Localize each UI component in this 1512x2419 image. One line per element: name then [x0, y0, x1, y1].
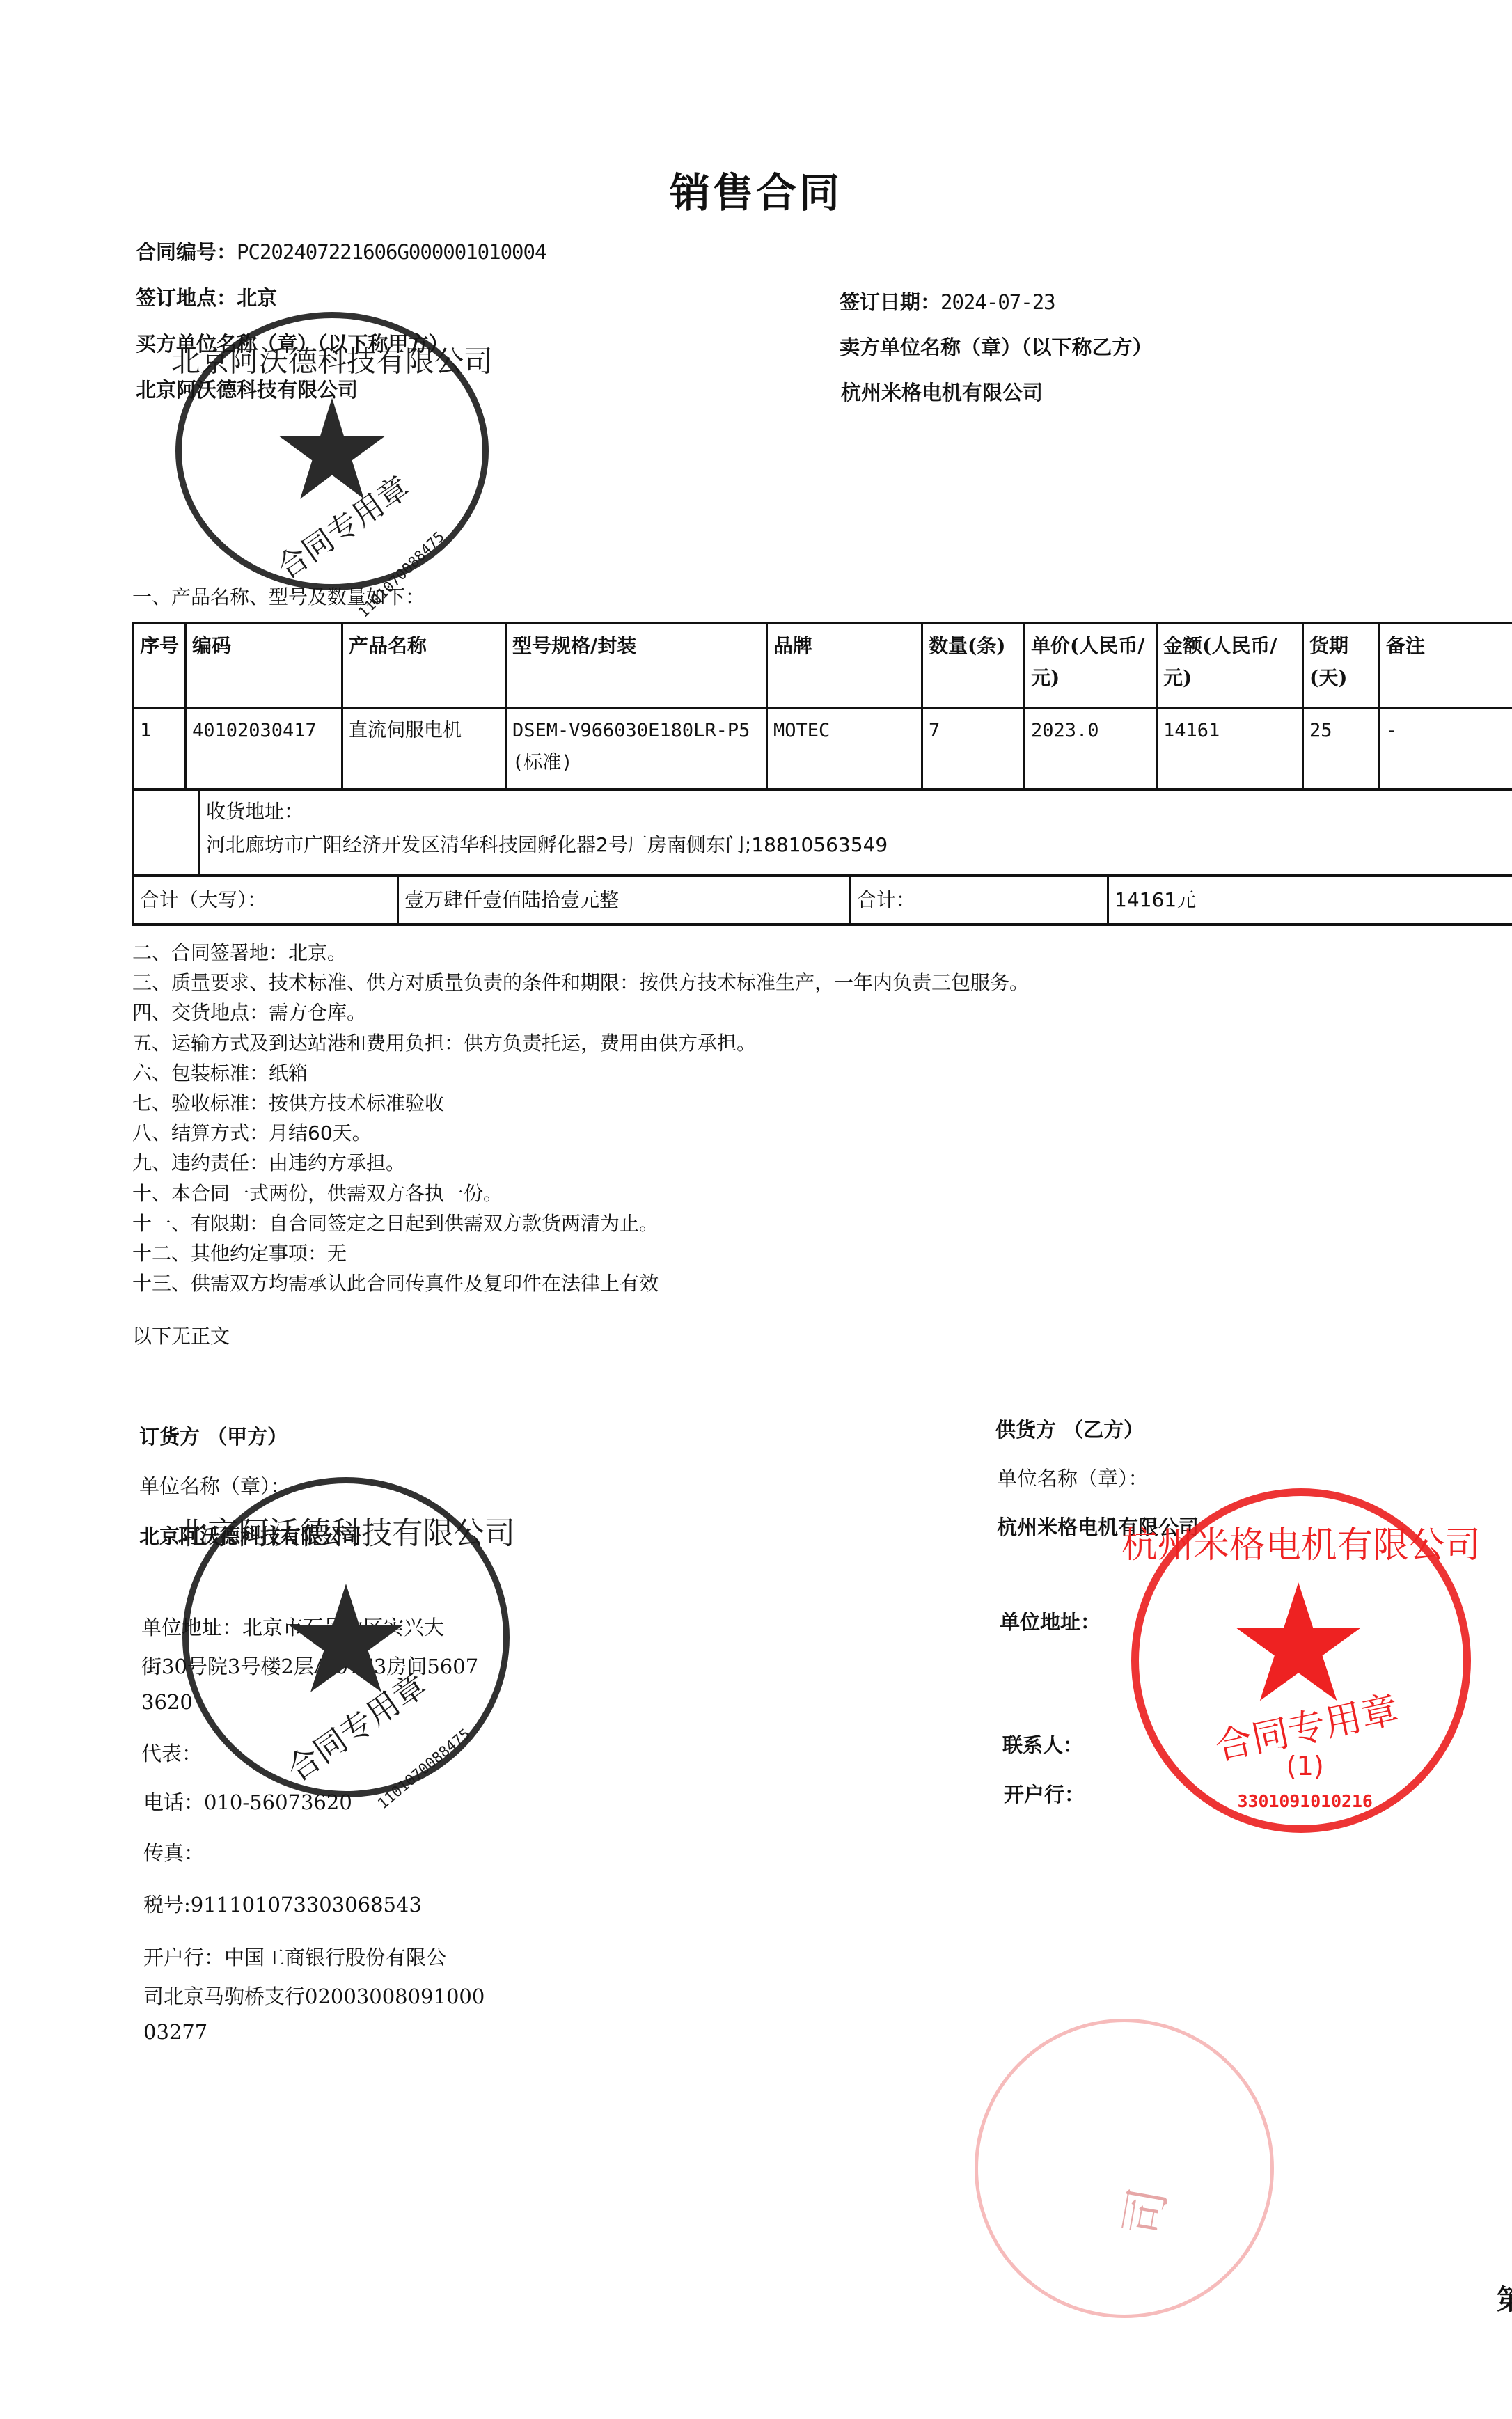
- seal-center-text: 合同专用章: [1211, 1687, 1403, 1769]
- table-header-row: 序号 编码 产品名称 型号规格/封装 品牌 数量(条) 单价(人民币/元) 金额…: [132, 624, 1512, 709]
- product-table: 序号 编码 产品名称 型号规格/封装 品牌 数量(条) 单价(人民币/元) 金额…: [132, 622, 1512, 926]
- party-a-rep-label: 代表：: [141, 1738, 202, 1767]
- col-header-brand: 品牌: [766, 624, 921, 707]
- col-header-name: 产品名称: [341, 624, 505, 707]
- col-header-remark: 备注: [1378, 624, 1512, 707]
- cell-brand: MOTEC: [766, 709, 921, 788]
- cell-amount: 14161: [1156, 709, 1302, 788]
- party-a-tax: 税号:911101073303068543: [143, 1889, 422, 1918]
- col-header-amount: 金额(人民币/元): [1156, 624, 1302, 707]
- seller-seal-graphic: 杭州米格电机有限公司 合同专用章 (1) 3301091010216: [1139, 1496, 1463, 1825]
- clause-item: 六、包装标准：纸箱: [132, 1058, 308, 1086]
- clause-item: 十二、其他约定事项：无: [132, 1238, 347, 1266]
- sign-place-label: 签订地点：: [136, 286, 237, 310]
- party-a-bank-line2: 司北京马驹桥支行02003008091000: [143, 1981, 485, 2010]
- clause-item: 十、本合同一式两份，供需双方各执一份。: [132, 1179, 503, 1206]
- party-a-address: 单位地址：北京市石景山区实兴大: [141, 1612, 444, 1641]
- col-header-lead-time: 货期(天): [1302, 624, 1378, 707]
- clause-item: 五、运输方式及到达站港和费用负担：供方负责托运，费用由供方承担。: [132, 1028, 756, 1056]
- party-b-bank-label: 开户行：: [1004, 1779, 1085, 1808]
- party-a-fax-label: 传真：: [143, 1838, 204, 1866]
- party-a-bank: 开户行：中国工商银行股份有限公: [143, 1942, 446, 1971]
- party-a-heading: 订货方 （甲方）: [139, 1421, 288, 1450]
- party-a-tax-label: 税号:: [143, 1893, 191, 1916]
- table-row: 1 40102030417 直流伺服电机 DSEM-V966030E180LR-…: [132, 709, 1512, 791]
- clause-item: 十一、有限期：自合同签定之日起到供需双方款货两清为止。: [132, 1208, 659, 1236]
- cell-quantity: 7: [921, 709, 1023, 788]
- clause-item: 三、质量要求、技术标准、供方对质量负责的条件和期限：按供方技术标准生产，一年内负…: [132, 968, 1029, 995]
- sign-date-label: 签订日期：: [840, 290, 940, 314]
- delivery-address-cell: 收货地址： 河北廊坊市广阳经济开发区清华科技园孵化器2号厂房南侧东门;18810…: [198, 791, 1512, 874]
- party-a-tax-value: 911101073303068543: [191, 1893, 422, 1916]
- contract-number-label: 合同编号：: [136, 240, 237, 264]
- faded-seal: 司: [975, 2019, 1274, 2318]
- cell-remark: -: [1378, 709, 1512, 788]
- col-header-code: 编码: [184, 624, 341, 707]
- star-icon: [280, 398, 385, 499]
- seal-center-text: 合同专用章: [271, 470, 416, 587]
- party-a-address-label: 单位地址：: [141, 1616, 242, 1639]
- party-a-unit-name: 北京阿沃德科技有限公司: [139, 1521, 361, 1550]
- clause-item: 十三、供需双方均需承认此合同传真件及复印件在法律上有效: [132, 1268, 659, 1296]
- clause-item: 八、结算方式：月结60天。: [132, 1118, 372, 1146]
- party-b-contact-label: 联系人：: [1002, 1730, 1083, 1758]
- party-a-bank-line3: 03277: [143, 2020, 207, 2044]
- cell-lead-time: 25: [1302, 709, 1378, 788]
- party-b-heading: 供货方 （乙方）: [995, 1415, 1144, 1443]
- buyer-name: 北京阿沃德科技有限公司: [136, 375, 358, 403]
- party-a-bank-line1: 中国工商银行股份有限公: [224, 1946, 446, 1969]
- buyer-label: 买方单位名称（章）（以下称甲方）: [136, 329, 449, 357]
- seal-sub-text: (1): [1286, 1751, 1324, 1782]
- clause-item: 四、交货地点：需方仓库。: [132, 998, 366, 1025]
- contract-number: 合同编号：PC202407221606G000001010004: [136, 237, 546, 265]
- clause-item: 七、验收标准：按供方技术标准验收: [132, 1088, 444, 1116]
- address-spacer: [132, 791, 198, 874]
- buyer-seal-graphic: 北京阿沃德科技有限公司 合同专用章 1101070088475: [182, 318, 482, 584]
- col-header-unit-price: 单价(人民币/元): [1023, 624, 1156, 707]
- sign-date: 签订日期：2024-07-23: [840, 287, 1055, 315]
- party-a-phone-label: 电话：: [143, 1790, 204, 1814]
- total-row: 合计（大写）： 壹万肆仟壹佰陆拾壹元整 合计： 14161元: [132, 877, 1512, 926]
- seller-label: 卖方单位名称（章）（以下称乙方）: [840, 332, 1153, 361]
- cell-name: 直流伺服电机: [341, 709, 505, 788]
- cell-unit-price: 2023.0: [1023, 709, 1156, 788]
- total-upper-value: 壹万肆仟壹佰陆拾壹元整: [397, 877, 849, 923]
- party-a-bank-label: 开户行：: [143, 1946, 224, 1969]
- cell-index: 1: [132, 709, 184, 788]
- seal-code-text: 1101070088475: [374, 1725, 473, 1812]
- faded-seal-text: 司: [1115, 2184, 1177, 2240]
- party-b-unit-name-label: 单位名称（章）：: [997, 1463, 1149, 1492]
- end-note: 以下无正文: [132, 1321, 230, 1349]
- total-upper-label: 合计（大写）：: [132, 877, 397, 923]
- sign-date-value: 2024-07-23: [940, 290, 1055, 314]
- party-a-address-line3: 3620: [141, 1690, 193, 1714]
- delivery-address-row: 收货地址： 河北廊坊市广阳经济开发区清华科技园孵化器2号厂房南侧东门;18810…: [132, 791, 1512, 877]
- party-a-address-line1: 北京市石景山区实兴大: [242, 1616, 444, 1639]
- products-heading: 一、产品名称、型号及数量如下：: [132, 582, 425, 610]
- page-edge-char: 第: [1497, 2278, 1512, 2317]
- sign-place: 签订地点：北京: [136, 283, 277, 311]
- col-header-model: 型号规格/封装: [505, 624, 766, 707]
- seller-name: 杭州米格电机有限公司: [841, 377, 1043, 406]
- party-a-unit-name-label: 单位名称（章）：: [139, 1471, 291, 1499]
- clause-item: 二、合同签署地：北京。: [132, 938, 347, 966]
- party-b-address-label: 单位地址：: [1000, 1607, 1101, 1635]
- total-label: 合计：: [849, 877, 1107, 923]
- party-a-address-line2: 街30号院3号楼2层A-0773房间5607: [141, 1651, 478, 1680]
- page-title: 销售合同: [0, 160, 1512, 219]
- seal-code-text: 3301091010216: [1238, 1791, 1373, 1811]
- clause-item: 九、违约责任：由违约方承担。: [132, 1148, 405, 1176]
- party-a-phone-value: 010-56073620: [204, 1790, 352, 1814]
- contract-number-value: PC202407221606G000001010004: [237, 240, 546, 264]
- delivery-address-value: 河北廊坊市广阳经济开发区清华科技园孵化器2号厂房南侧东门;18810563549: [206, 828, 1512, 862]
- col-header-quantity: 数量(条): [921, 624, 1023, 707]
- party-a-phone: 电话：010-56073620: [143, 1787, 352, 1815]
- col-header-index: 序号: [132, 624, 184, 707]
- sign-place-value: 北京: [237, 286, 277, 310]
- seal-center-text: 合同专用章: [281, 1666, 434, 1788]
- faded-seal-graphic: 司: [978, 2022, 1270, 2315]
- total-value: 14161元: [1107, 877, 1512, 923]
- cell-model: DSEM-V966030E180LR-P5(标准): [505, 709, 766, 788]
- cell-code: 40102030417: [184, 709, 341, 788]
- star-icon: [1236, 1582, 1361, 1701]
- party-b-unit-name: 杭州米格电机有限公司: [997, 1512, 1199, 1541]
- delivery-address-label: 收货地址：: [206, 795, 1512, 828]
